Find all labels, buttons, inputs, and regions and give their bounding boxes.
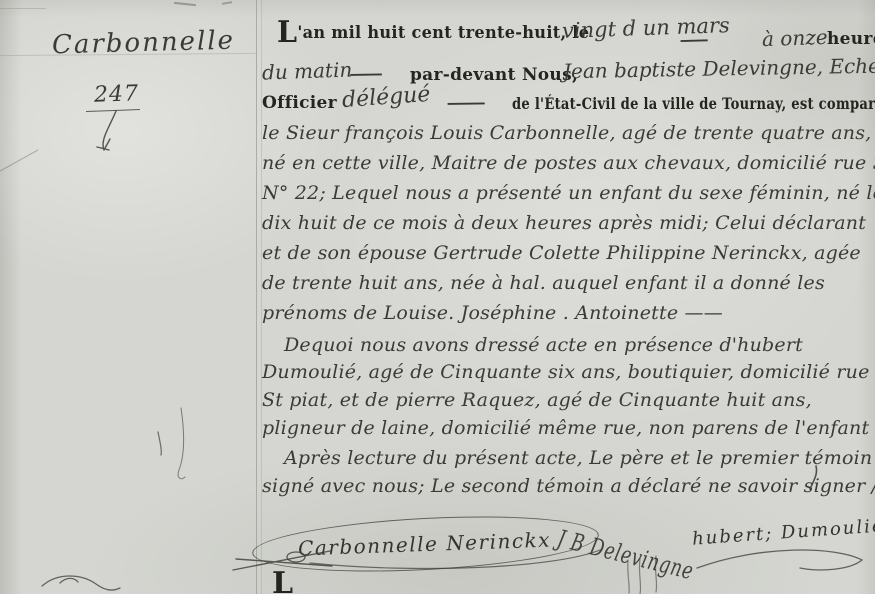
act-number-underline [86, 109, 140, 112]
margin-rule-line [256, 0, 257, 594]
filler-dash: — [348, 64, 385, 84]
act-body-line: dix huit de ce mois à deux heures après … [262, 212, 866, 234]
next-act-drop-cap: L [272, 566, 293, 594]
margin-tick-mark [158, 432, 161, 455]
signature-witness: hubert; Dumoulié [692, 515, 875, 549]
witness-signature-flourish [697, 550, 862, 570]
act-body-line: signé avec nous; Le second témoin a décl… [262, 475, 875, 497]
act-body-line: Dumoulié, agé de Cinquante six ans, bout… [262, 361, 870, 383]
margin-rule-line-2 [261, 0, 262, 594]
act-body-line: et de son épouse Gertrude Colette Philip… [262, 242, 861, 264]
act-body-line: Après lecture du présent acte, Le père e… [284, 447, 875, 469]
filler-dash: — [678, 30, 710, 50]
margin-act-number: 247 [94, 81, 140, 108]
act-body-line: St piat, et de pierre Raquez, agé de Cin… [262, 389, 812, 411]
header-printed-pardevant: par-devant Nous, [410, 65, 578, 85]
act-body-line: de trente huit ans, née à hal. auquel en… [262, 272, 825, 294]
header-handwritten-hour: à onze [762, 25, 828, 51]
margin-surname: Carbonnelle [52, 26, 236, 61]
top-edge-mark [0, 8, 46, 9]
ink-speck [174, 2, 196, 6]
act-body-line: Dequoi nous avons dressé acte en présenc… [284, 334, 803, 356]
act-number-flourish [97, 111, 116, 150]
filler-dash: — [444, 93, 487, 113]
header-handwritten-delegue: délégué [341, 82, 431, 113]
act-body-line: le Sieur françois Louis Carbonnelle, agé… [262, 122, 871, 144]
act-body-line: N° 22; Lequel nous a présenté un enfant … [262, 182, 875, 204]
margin-tick-mark [178, 408, 185, 479]
act-body-line: prénoms de Louise. Joséphine . Antoinett… [262, 302, 723, 324]
act-body-line: né en cette ville, Maitre de postes aux … [262, 152, 875, 174]
header-printed-opening: L'an mil huit cent trente-huit, le [277, 23, 589, 43]
stray-pen-line [0, 150, 38, 171]
ink-speck [222, 1, 232, 5]
header-printed-etatcivil: de l'État-Civil de la ville de Tournay, … [512, 94, 875, 113]
signature-officer: J B Delevingne [555, 524, 697, 585]
drop-cap-L: L [277, 15, 297, 50]
header-printed-heures: heures [827, 29, 875, 49]
header-handwritten-officer-name: Jean baptiste Delevingne, Echevin— [563, 53, 875, 83]
act-body-line: pligneur de laine, domicilié même rue, n… [262, 417, 869, 439]
register-page-scan: Carbonnelle 247 L'an mil huit cent trent… [0, 0, 875, 594]
bottom-partial-handwriting [42, 576, 120, 590]
header-handwritten-du-matin: du matin [262, 57, 353, 84]
header-printed-officier: Officier [262, 93, 337, 113]
